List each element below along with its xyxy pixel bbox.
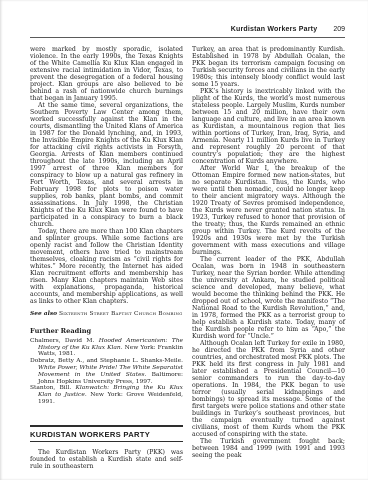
see-also-line: See also Sixteenth Street Baptist Church…	[30, 311, 183, 318]
left-column: were marked by mostly sporadic, isolated…	[30, 46, 183, 470]
book-page: Kurdistan Workers Party 209 were marked …	[0, 0, 368, 480]
paragraph: Although Ocalan left Turkey for exile in…	[192, 340, 345, 438]
paragraph: At the same time, several organizations,…	[30, 102, 183, 228]
reference-author: Chalmers, David M.	[30, 338, 99, 344]
paragraph: The Turkish government fought back; betw…	[192, 438, 345, 459]
running-head: Kurdistan Workers Party 209	[30, 26, 345, 38]
paragraph: Today, there are more than 100 Klan chap…	[30, 228, 183, 305]
paragraph: The Kurdistan Workers Party (PKK) was fo…	[30, 449, 183, 470]
reference-author: Dobratz, Betty A., and Stephanie L. Shan…	[30, 358, 183, 364]
section-heading-kurdistan-workers-party: KURDISTAN WORKERS PARTY	[30, 425, 183, 443]
reference-list: Chalmers, David M. Hooded Americanism: T…	[30, 338, 183, 406]
paragraph: The current leader of the PKK, Abdullah …	[192, 256, 345, 340]
paragraph: PKK’s history is inextricably linked wit…	[192, 88, 345, 165]
reference-entry: Chalmers, David M. Hooded Americanism: T…	[30, 338, 183, 358]
reference-entry: Dobratz, Betty A., and Stephanie L. Shan…	[30, 358, 183, 385]
running-head-title: Kurdistan Workers Party	[231, 26, 318, 33]
reference-entry: Stanton, Bill. Klanwatch: Bringing the K…	[30, 385, 183, 405]
see-also-label: See also	[30, 310, 57, 317]
text-columns: were marked by mostly sporadic, isolated…	[30, 46, 345, 470]
page-number: 209	[333, 26, 345, 33]
see-also-target: Sixteenth Street Baptist Church Bombing	[59, 311, 183, 317]
reference-author: Stanton, Bill.	[30, 385, 76, 391]
paragraph: After World War I, the breakup of the Ot…	[192, 165, 345, 256]
right-column: Turkey, an area that is predominantly Ku…	[192, 46, 345, 470]
paragraph: were marked by mostly sporadic, isolated…	[30, 46, 183, 102]
further-reading-heading: Further Reading	[30, 328, 183, 335]
paragraph: Turkey, an area that is predominantly Ku…	[192, 46, 345, 88]
